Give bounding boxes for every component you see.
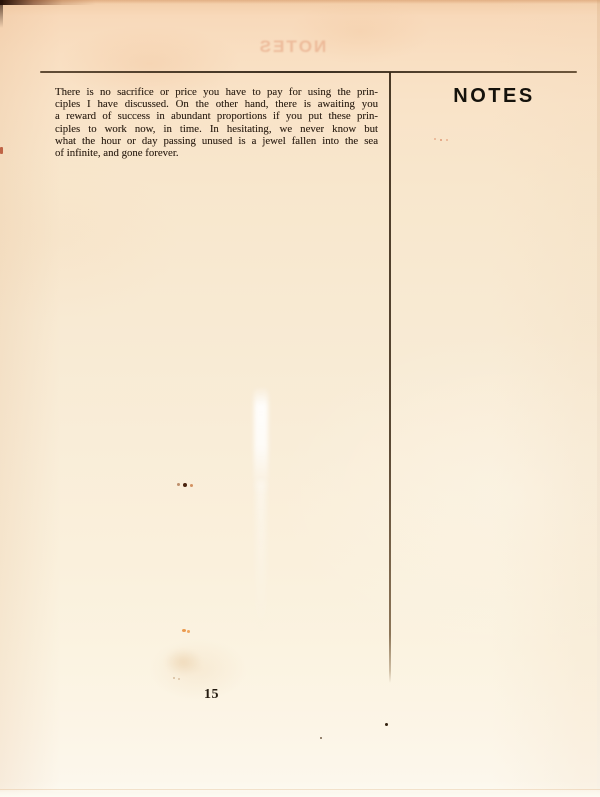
- vertical-divider-rule: [389, 72, 391, 683]
- notes-showthrough-text: NOTES: [250, 37, 334, 57]
- paragraph-line: There is no sacrifice or price you have …: [55, 86, 378, 98]
- scan-shadow-left: [0, 0, 3, 28]
- page-number: 15: [204, 687, 219, 703]
- edge-mark: [0, 147, 3, 154]
- foxing-dot: [190, 484, 193, 487]
- page-bottom-edge: [0, 789, 600, 797]
- paragraph-line: ciples to work now, in time. In hesitati…: [55, 123, 378, 135]
- scanned-page: NOTES There is no sacrifice or price you…: [0, 0, 600, 797]
- foxing-dot: [182, 629, 186, 632]
- scan-glare-streak-tail: [256, 480, 266, 630]
- foxing-dot: [434, 138, 436, 140]
- foxing-dot: [177, 483, 180, 486]
- paragraph-line: of infinite, and gone forever.: [55, 147, 378, 159]
- foxing-dot: [183, 483, 187, 487]
- foxing-dot: [187, 630, 190, 633]
- body-paragraph: There is no sacrifice or price you have …: [55, 86, 378, 159]
- paper-stain: [158, 644, 208, 680]
- notes-heading: NOTES: [451, 85, 537, 108]
- paragraph-line: ciples I have discussed. On the other ha…: [55, 98, 378, 110]
- ink-speck: [385, 723, 388, 726]
- scan-shadow-top-left: [0, 0, 96, 5]
- foxing-dot: [446, 139, 448, 141]
- paragraph-line: what the hour or day passing unused is a…: [55, 135, 378, 147]
- paragraph-line: a reward of success in abundant proporti…: [55, 110, 378, 122]
- foxing-dot: [440, 139, 442, 141]
- horizontal-rule: [40, 71, 577, 73]
- ink-speck: [320, 737, 322, 739]
